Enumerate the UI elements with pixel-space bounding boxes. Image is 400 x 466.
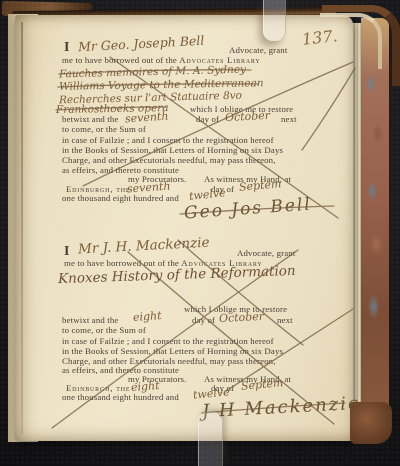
printed-sum-line: to come, or the Sum of (62, 325, 146, 335)
page-holder-strip-bottom (198, 412, 223, 466)
printed-day-of: day of (192, 315, 215, 325)
printed-day-of: day of (196, 114, 219, 124)
return-month: October (225, 109, 271, 124)
return-day: eight (133, 309, 162, 324)
printed-charge-line: Charge, and other Executorials needful, … (62, 155, 276, 165)
printed-betwixt: betwixt and the (62, 315, 118, 325)
photograph-of-library-borrowing-register: 137. I Mr Geo. Joseph Bell Advocate, gra… (0, 0, 400, 466)
printed-sum-line: to come, or the Sum of (62, 124, 146, 134)
page-crease (21, 22, 23, 434)
printed-next: next (281, 114, 297, 124)
printed-session-line: in the Books of Session, that Letters of… (62, 346, 283, 356)
printed-session-line: in the Books of Session, that Letters of… (62, 145, 283, 155)
page-number: 137. (301, 26, 338, 49)
page-holder-strip-top (263, 0, 286, 41)
printed-year-line: one thousand eight hundred and (62, 193, 179, 203)
printed-failzie-line: in case of Failzie ; and I consent to th… (62, 135, 274, 145)
printed-year-line: one thousand eight hundred and (62, 392, 179, 402)
printed-failzie-line: in case of Failzie ; and I consent to th… (62, 336, 274, 346)
printed-advocate-grant: Advocate, grant (229, 45, 287, 55)
return-month: October (219, 310, 265, 325)
printed-initial: I (64, 40, 70, 56)
printed-next: next (277, 315, 293, 325)
printed-betwixt: betwixt and the (62, 114, 118, 124)
printed-advocate-grant: Advocate, grant (237, 248, 295, 258)
